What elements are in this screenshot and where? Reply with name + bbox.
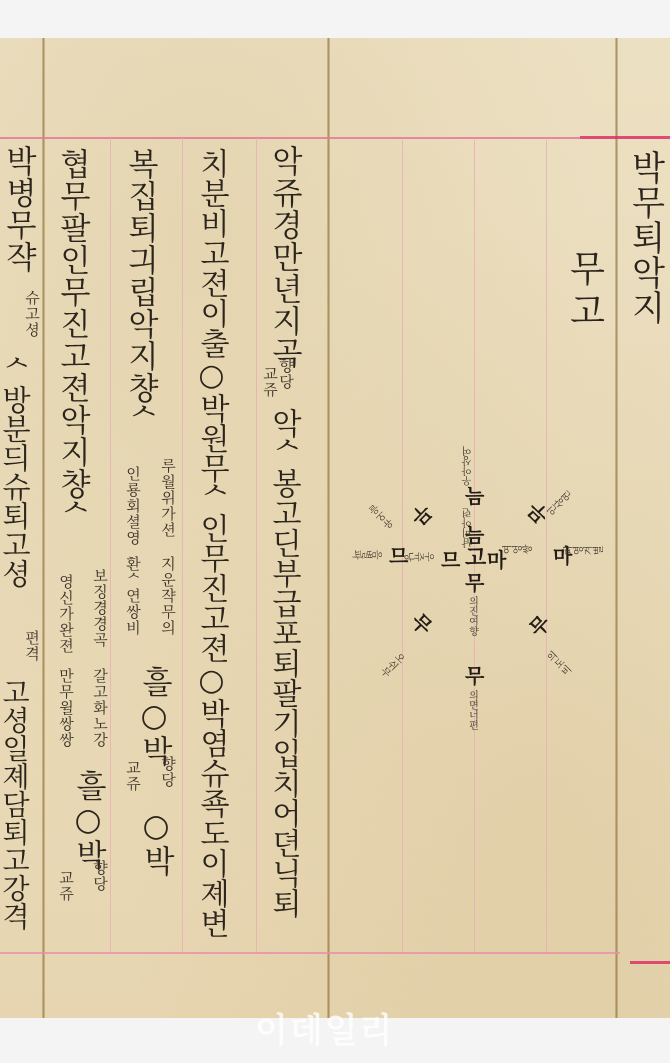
page-fold-center xyxy=(327,38,330,1018)
wheel-note-top-2: 남비아련 xyxy=(464,508,475,548)
wheel-note-lower-right: 의도비 xyxy=(543,651,572,680)
wheel-note-bottom: 의면너편 xyxy=(466,690,477,730)
wheel-char-top-1: 늠 xyxy=(465,486,484,506)
wheel-note-upper-right: 인상연 xyxy=(547,491,576,520)
column-rule xyxy=(546,138,547,952)
wheel-note-left-outer: 음별파 xyxy=(352,547,382,558)
column-4-annot-1-right: 보징경경곡 xyxy=(92,568,107,648)
center-page-heading: 무고 xyxy=(566,250,602,334)
wheel-char-below-center: 무 xyxy=(465,573,484,593)
column-3-annot-1-left: 인룡회셜영 xyxy=(125,466,140,546)
column-4-annot-3-right: 향당 xyxy=(92,860,107,892)
far-left-main-a: 박병무쟉 xyxy=(2,145,33,273)
column-1-main-a: 악쥬경만년지곡 xyxy=(268,145,299,369)
column-3-annot-3-left: 교쥬 xyxy=(125,760,140,792)
top-margin-rule-accent xyxy=(580,136,670,139)
wheel-char-lower-right: 무 xyxy=(526,612,554,640)
column-rule xyxy=(256,138,257,952)
wheel-note-below-center: 의진여향 xyxy=(466,596,477,636)
column-3-main-c: ○박 xyxy=(140,808,171,877)
wheel-note-upper-left: 유오을 xyxy=(369,501,398,530)
far-left-annot-1: 슈고셩 xyxy=(24,290,39,338)
wheel-note-right-outer: 펴영겨별 xyxy=(563,548,603,559)
column-4-main-a: 협무팔인무진고젼악지챵ᄉ xyxy=(56,148,87,532)
column-4-annot-2-right: 갈고화노강 xyxy=(92,668,107,748)
column-3-annot-2-left: 환ᄉ연쌍비 xyxy=(125,556,140,636)
wheel-note-left-inner: 우쥬낭 xyxy=(404,549,434,560)
wheel-char-bottom: 무 xyxy=(465,666,484,686)
column-1-annot-left: 교쥬 xyxy=(262,366,277,398)
column-4-annot-3-left: 교쥬 xyxy=(58,870,73,902)
wheel-char-lower-left: 무 xyxy=(408,610,436,638)
column-3-annot-1-right: 루월위가션 xyxy=(160,458,175,538)
manuscript-scan: 박무퇴악지 무고 고 늠 늠 무 무 므 므 마 마 무 무 무 무 우아상여 … xyxy=(0,38,670,1018)
column-4-main-b: 흘○박 xyxy=(72,770,103,871)
bottom-margin-rule-accent xyxy=(630,961,670,964)
column-3-annot-3-right: 향당 xyxy=(160,756,175,788)
wheel-char-left-inner: 므 xyxy=(441,550,460,570)
column-3-annot-2-right: 지운쟉무의 xyxy=(160,556,175,636)
top-margin-rule xyxy=(0,137,580,139)
wheel-center: 고 xyxy=(465,548,486,570)
right-page-title: 박무퇴악지 xyxy=(628,150,662,325)
far-left-annot-2: 편격 xyxy=(24,630,39,662)
column-2-main: 치분비고젼이출○박원무ᄉ인무진고젼○박염슈죡도이졔변 xyxy=(196,148,226,938)
column-rule xyxy=(182,138,183,952)
page-fold-right xyxy=(615,38,618,1018)
bottom-margin-rule xyxy=(0,952,620,954)
column-4-annot-1-left: 영신가완젼 xyxy=(58,574,73,654)
watermark: 이데일리 xyxy=(255,1003,394,1052)
far-left-main-b: ᄉ방분듸슈퇴고셩 xyxy=(0,356,29,588)
column-3-main-a: 복집퇴긔립악지챵ᄉ xyxy=(124,148,155,436)
wheel-note-right-inner: 여엉쌍 xyxy=(502,547,532,558)
wheel-char-upper-left: 무 xyxy=(408,501,436,529)
wheel-note-top-1: 우아상여 xyxy=(464,446,475,486)
page-fold-left xyxy=(42,38,45,1018)
column-rule xyxy=(110,138,111,952)
column-4-annot-2-left: 만무윌쌍쌍 xyxy=(58,668,73,748)
column-1-annot-right: 향당 xyxy=(278,358,293,390)
column-3-main-b: 흘○박 xyxy=(138,666,169,767)
far-left-main-c: 고셩일졔담퇴고강격 xyxy=(0,678,28,930)
column-1-main-b: 악ᄉ봉고딘부급포퇴팔기입치어뎐닉퇴 xyxy=(268,408,298,918)
